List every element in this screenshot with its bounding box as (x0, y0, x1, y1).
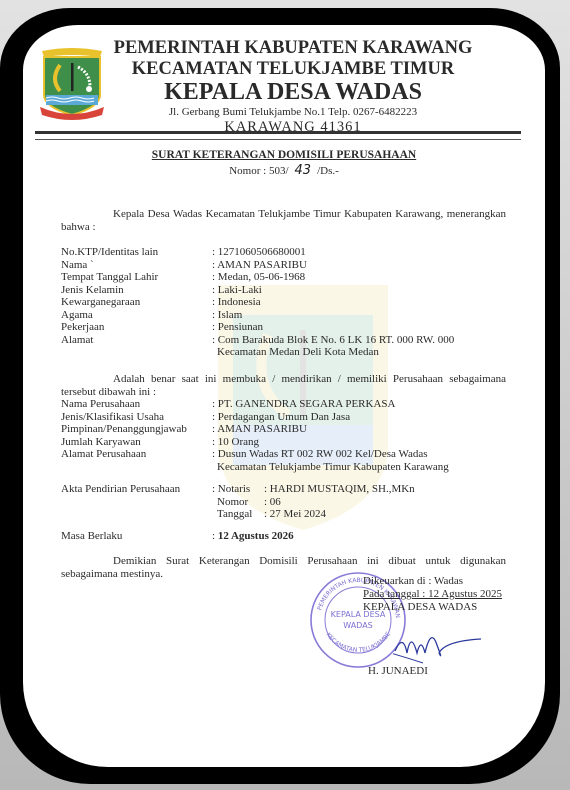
detail-value: : 1271060506680001 (212, 246, 532, 259)
letterhead-divider (35, 131, 521, 140)
detail-label: Nama ` (61, 259, 211, 272)
detail-label: Alamat (61, 334, 211, 347)
akta-item: Tanggal: 27 Mei 2024 (212, 508, 532, 521)
detail-label: Jenis/Klasifikasi Usaha (61, 411, 211, 424)
letterhead: PEMERINTAH KABUPATEN KARAWANG KECAMATAN … (103, 39, 483, 135)
detail-value: : PT. GANENDRA SEGARA PERKASA (212, 398, 532, 411)
detail-label: Jumlah Karyawan (61, 436, 211, 449)
detail-label: Pekerjaan (61, 321, 211, 334)
detail-value: : Medan, 05-06-1968 (212, 271, 532, 284)
issued-place: Dikeuarkan di : Wadas (363, 575, 463, 588)
akta-item: Nomor: 06 (212, 496, 532, 509)
detail-label: Alamat Perusahaan (61, 448, 211, 461)
intro-paragraph: Kepala Desa Wadas Kecamatan Telukjambe T… (61, 208, 506, 233)
letterhead-district: KECAMATAN TELUKJAMBE TIMUR (103, 60, 483, 79)
letter-title: SURAT KETERANGAN DOMISILI PERUSAHAAN (23, 149, 545, 161)
letter-number: Nomor : 503/43/Ds.- (23, 163, 545, 178)
detail-value: : Perdagangan Umum Dan Jasa (212, 411, 532, 424)
signature-icon (393, 623, 483, 668)
detail-value: : AMAN PASARIBU (212, 259, 532, 272)
detail-value: : Pensiunan (212, 321, 532, 334)
validity-date: 12 Agustus 2026 (218, 530, 294, 542)
detail-label: Nama Perusahaan (61, 398, 211, 411)
document-page: PEMERINTAH KABUPATEN KARAWANG KECAMATAN … (23, 25, 545, 767)
handwritten-number: 43 (295, 163, 312, 178)
signatory-position: KEPALA DESA WADAS (363, 601, 477, 614)
company-intro-paragraph: Adalah benar saat ini membuka / mendirik… (61, 373, 506, 398)
kabupaten-logo-icon (38, 45, 106, 123)
akta-item: : Notaris: HARDI MUSTAQIM, SH.,MKn (212, 483, 532, 496)
signatory-name: H. JUNAEDI (368, 665, 428, 678)
detail-value: : AMAN PASARIBU (212, 423, 532, 436)
issued-date: Pada tanggal : 12 Agustus 2025 (363, 588, 502, 601)
detail-label: Agama (61, 309, 211, 322)
detail-value: : Indonesia (212, 296, 532, 309)
detail-value: : Islam (212, 309, 532, 322)
detail-label: No.KTP/Identitas lain (61, 246, 211, 259)
detail-label: Tempat Tanggal Lahir (61, 271, 211, 284)
detail-value: : Dusun Wadas RT 002 RW 002 Kel/Desa Wad… (212, 448, 532, 473)
svg-text:WADAS: WADAS (343, 621, 373, 630)
detail-value: : 10 Orang (212, 436, 532, 449)
svg-text:KECAMATAN TELUKJAMBE: KECAMATAN TELUKJAMBE (324, 631, 392, 654)
detail-label: Jenis Kelamin (61, 284, 211, 297)
detail-value: : Com Barakuda Blok E No. 6 LK 16 RT. 00… (212, 334, 532, 359)
letterhead-office: KEPALA DESA WADAS (103, 80, 483, 104)
detail-label: Pimpinan/Penanggungjawab (61, 423, 211, 436)
letterhead-address: Jl. Gerbang Bumi Telukjambe No.1 Telp. 0… (103, 107, 483, 118)
detail-value: : Laki-Laki (212, 284, 532, 297)
letterhead-government: PEMERINTAH KABUPATEN KARAWANG (103, 39, 483, 58)
detail-label: Kewarganegaraan (61, 296, 211, 309)
